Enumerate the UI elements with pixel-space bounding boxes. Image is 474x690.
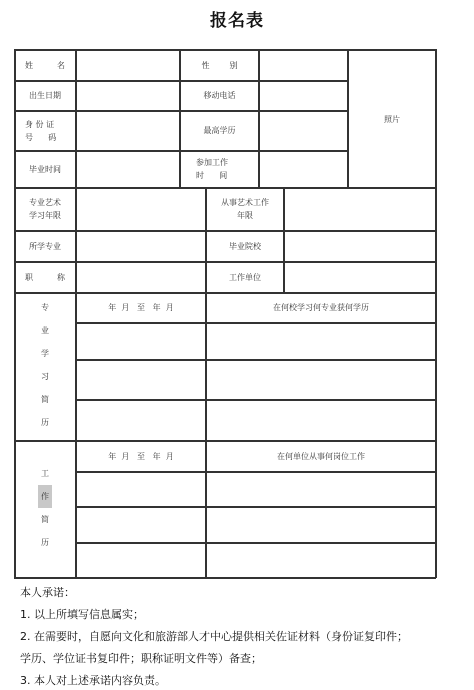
birth-date-label: 出生日期	[15, 81, 75, 110]
art-work-years-field[interactable]	[285, 189, 434, 229]
employer-field[interactable]	[285, 263, 434, 291]
section-label-char: 业	[41, 319, 49, 342]
name-label-char: 姓	[25, 59, 33, 72]
section-label-char-highlighted: 作	[38, 485, 52, 508]
work-period-field-2[interactable]	[77, 508, 204, 541]
graduation-time-label: 毕业时间	[15, 151, 75, 187]
work-detail-header: 在何单位从事何岗位工作	[207, 441, 435, 471]
work-start-label-line2: 时 间	[196, 169, 227, 182]
id-label-line1: 身 份 证	[25, 118, 54, 131]
art-work-years-line2: 年限	[237, 209, 253, 222]
major-label: 所学专业	[15, 231, 75, 261]
study-period-field-3[interactable]	[77, 401, 204, 439]
gender-label: 性 别	[181, 50, 258, 80]
mobile-field[interactable]	[260, 82, 346, 109]
study-detail-field-3[interactable]	[207, 401, 434, 439]
art-work-years-label: 从事艺术工作 年限	[207, 188, 283, 230]
work-start-field[interactable]	[260, 152, 346, 186]
name-label-char: 名	[57, 59, 65, 72]
graduation-time-field[interactable]	[77, 152, 178, 186]
study-period-field-2[interactable]	[77, 361, 204, 398]
section-label-char: 工	[41, 462, 49, 485]
pledge-item-2-continued: 学历、学位证书复印件；职称证明文件等）备查；	[20, 648, 408, 670]
major-field[interactable]	[77, 232, 204, 260]
study-period-field-1[interactable]	[77, 324, 204, 358]
work-period-field-1[interactable]	[77, 473, 204, 505]
work-detail-field-3[interactable]	[207, 544, 434, 576]
pledge-section: 本人承诺： 1. 以上所填写信息属实； 2. 在需要时，自愿向文化和旅游部人才中…	[20, 582, 408, 690]
professional-title-field[interactable]	[77, 263, 204, 291]
professional-title-label: 职 称	[15, 262, 75, 292]
photo-box[interactable]: 照片	[349, 51, 435, 187]
pledge-item-3: 3. 本人对上述承诺内容负责。	[20, 670, 408, 690]
gender-field[interactable]	[260, 51, 346, 79]
work-start-label: 参加工作 时 间	[181, 151, 258, 187]
pledge-item-1: 1. 以上所填写信息属实；	[20, 604, 408, 626]
art-work-years-line1: 从事艺术工作	[221, 196, 269, 209]
work-detail-field-1[interactable]	[207, 473, 434, 505]
title-label-char: 称	[57, 271, 65, 284]
study-detail-header: 在何校学习何专业获何学历	[207, 293, 435, 322]
art-study-years-line2: 学习年限	[29, 209, 61, 222]
art-study-years-line1: 专业艺术	[29, 196, 61, 209]
id-label-line2: 号 码	[25, 131, 56, 144]
section-label-char: 简	[41, 388, 49, 411]
section-label-char: 学	[41, 342, 49, 365]
section-label-char: 习	[41, 365, 49, 388]
name-field[interactable]	[77, 51, 178, 79]
study-period-header: 年 月 至 年 月	[77, 293, 205, 322]
section-label-char: 专	[41, 296, 49, 319]
study-history-section-label: 专 业 学 习 简 历	[15, 296, 75, 434]
art-study-years-label: 专业艺术 学习年限	[15, 188, 75, 230]
table-border-bottom	[14, 577, 436, 579]
employer-label: 工作单位	[207, 262, 283, 292]
pledge-heading: 本人承诺：	[20, 582, 408, 604]
section-label-char: 历	[41, 531, 49, 554]
work-period-field-3[interactable]	[77, 544, 204, 576]
title-label-char: 职	[25, 271, 33, 284]
pledge-item-2: 2. 在需要时，自愿向文化和旅游部人才中心提供相关佐证材料（身份证复印件；	[20, 626, 408, 648]
id-number-field[interactable]	[77, 112, 178, 149]
work-history-section-label: 工 作 简 历	[15, 462, 75, 554]
study-detail-field-2[interactable]	[207, 361, 434, 398]
education-field[interactable]	[260, 112, 346, 149]
work-detail-field-2[interactable]	[207, 508, 434, 541]
gender-label-char: 性	[202, 59, 210, 72]
section-label-char: 简	[41, 508, 49, 531]
gender-label-char: 别	[230, 59, 238, 72]
id-number-label: 身 份 证 号 码	[15, 111, 75, 150]
school-field[interactable]	[285, 232, 434, 260]
work-period-header: 年 月 至 年 月	[77, 441, 205, 471]
study-detail-field-1[interactable]	[207, 324, 434, 358]
art-study-years-field[interactable]	[77, 189, 204, 229]
education-label: 最高学历	[181, 111, 258, 150]
work-start-label-line1: 参加工作	[196, 156, 228, 169]
photo-label: 照片	[384, 113, 400, 126]
mobile-label: 移动电话	[181, 81, 258, 110]
section-label-char: 历	[41, 411, 49, 434]
birth-date-field[interactable]	[77, 82, 178, 109]
table-border-right	[435, 49, 437, 578]
name-label: 姓 名	[15, 50, 75, 80]
school-label: 毕业院校	[207, 231, 283, 261]
